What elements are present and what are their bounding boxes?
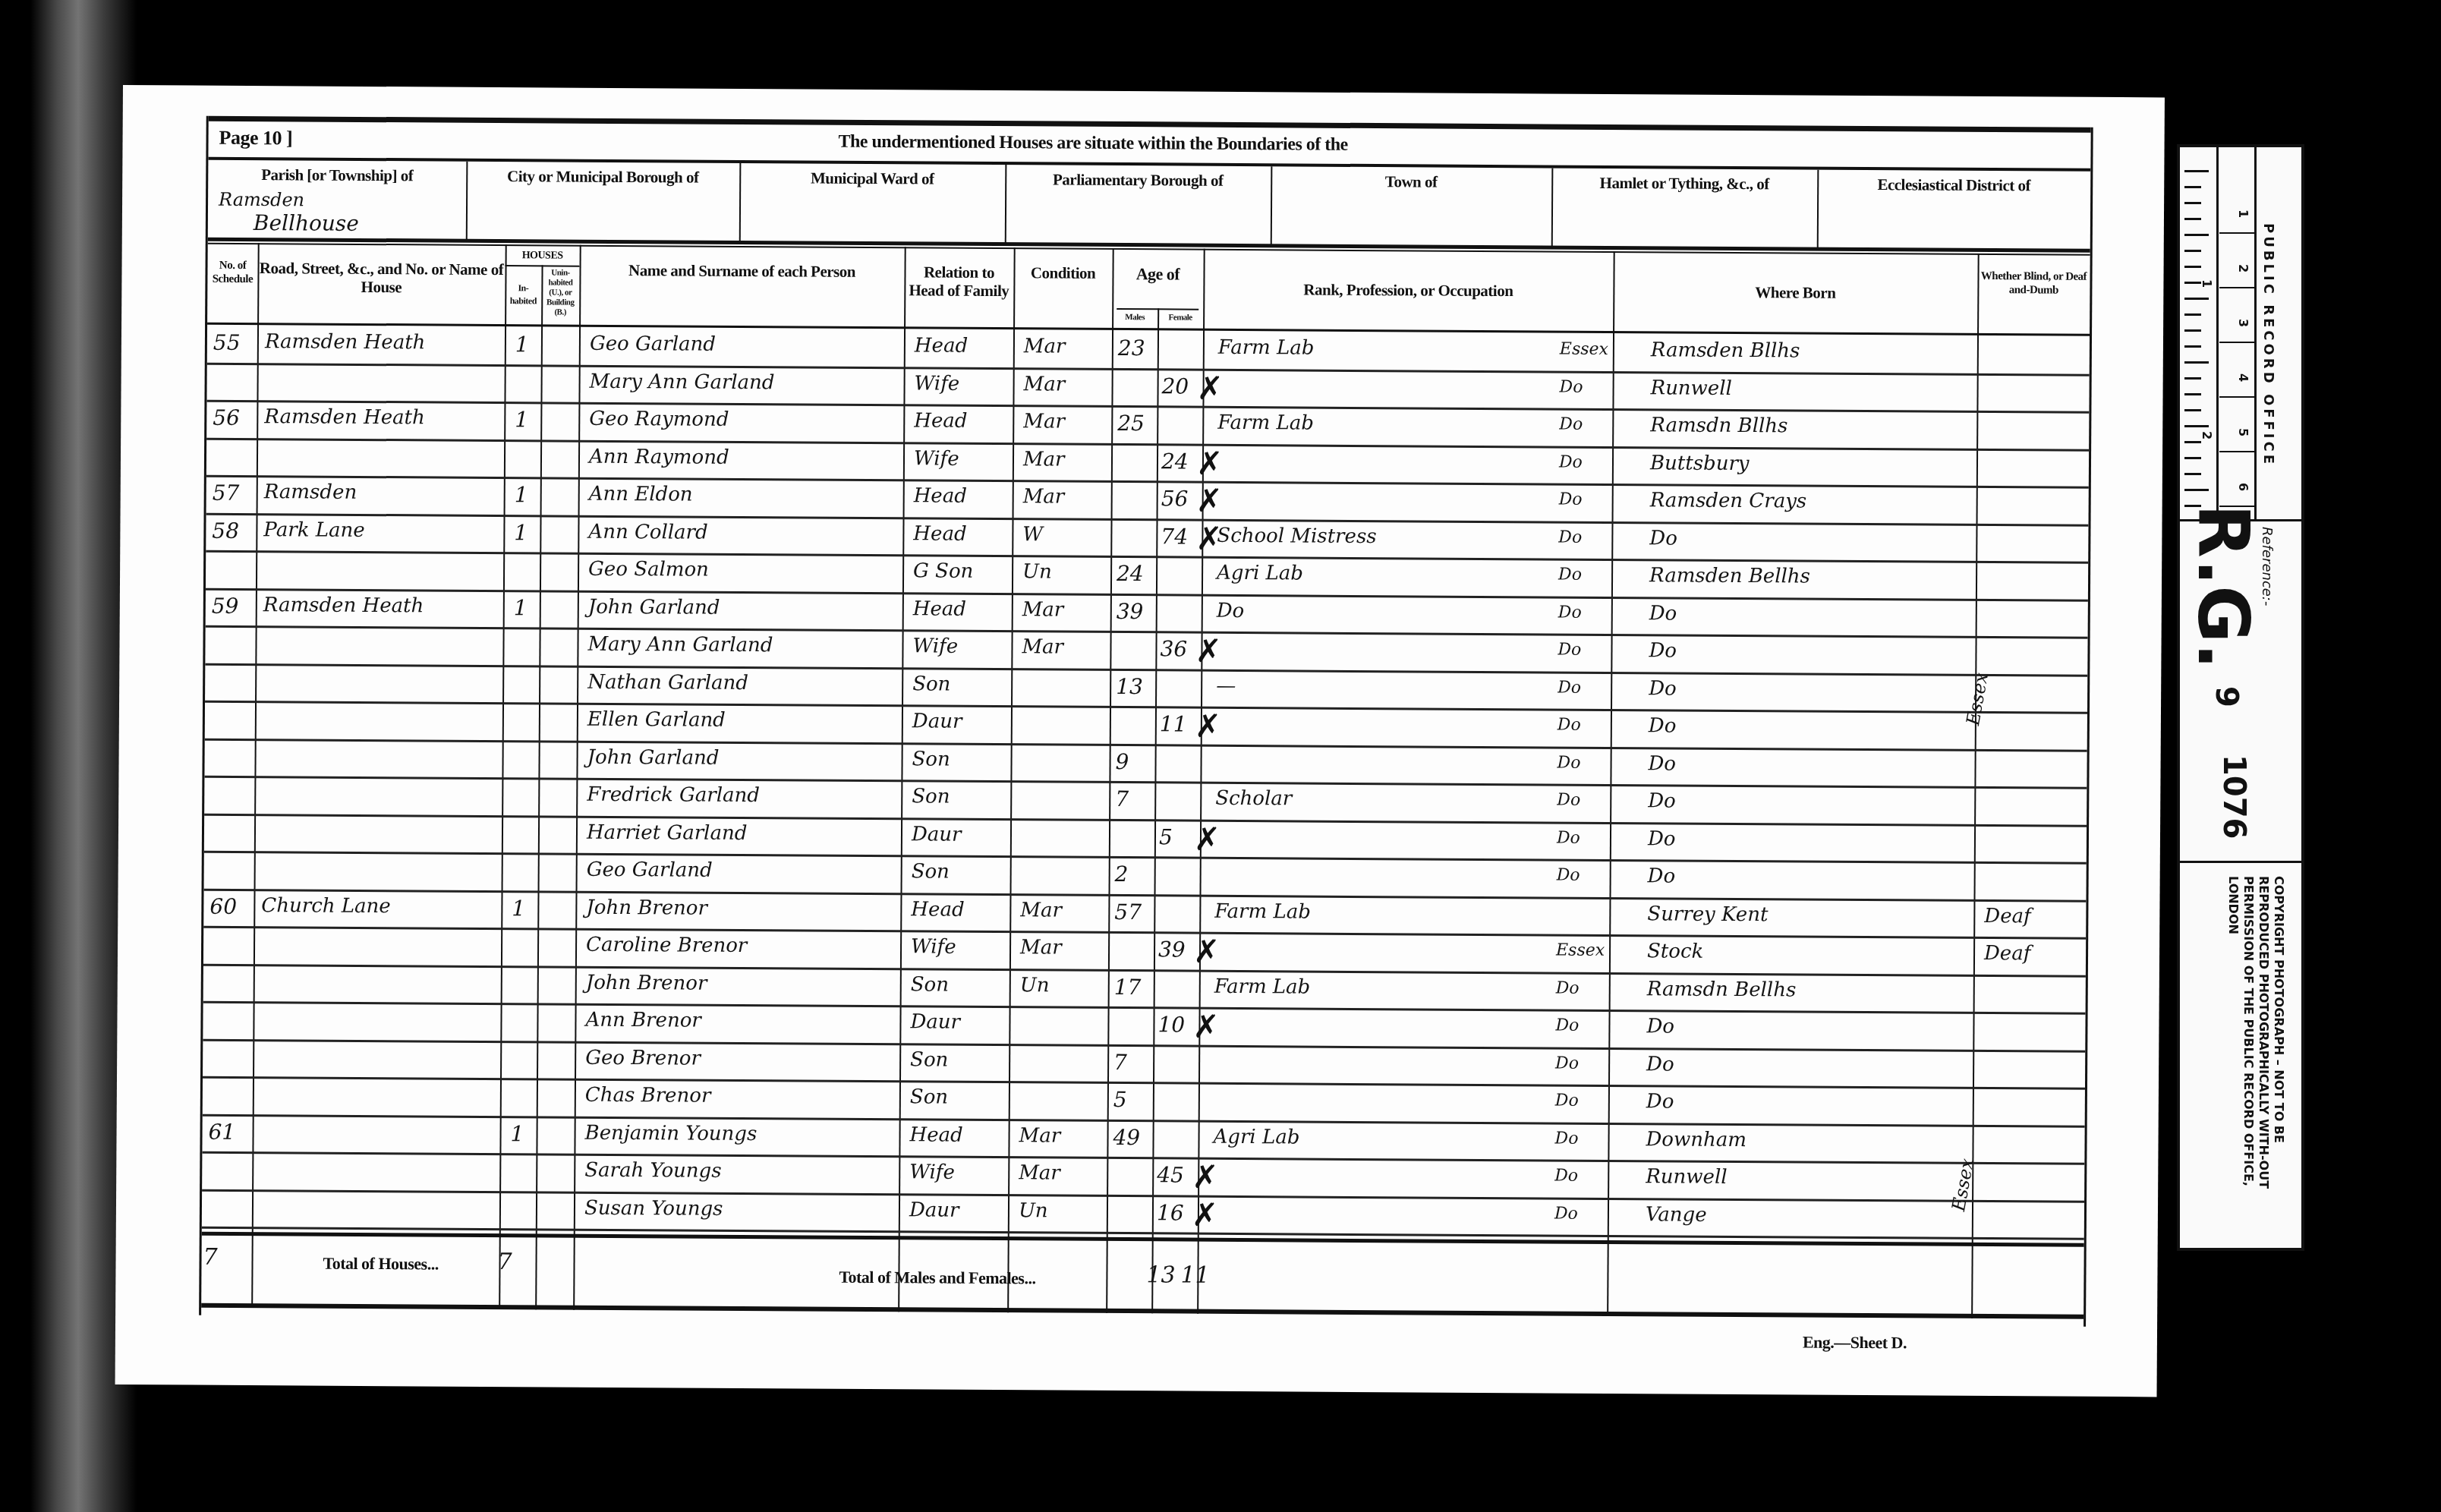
road-name: Ramsden Heath	[263, 594, 424, 617]
infirmity-header: Whether Blind, or Deaf and-Dumb	[1979, 269, 2088, 298]
boundary-divider	[1817, 170, 1819, 249]
person-name: Ann Collard	[588, 520, 707, 543]
female-age: 24	[1161, 449, 1189, 474]
boundary-divider	[739, 163, 742, 242]
ruler-tick	[2184, 313, 2201, 316]
census-form-frame: Page 10 ] The undermentioned Houses are …	[199, 116, 2093, 1327]
condition: Mar	[1022, 598, 1064, 621]
condition: Mar	[1024, 335, 1066, 358]
condition: Un	[1019, 1199, 1048, 1222]
tally-mark-icon: ✗	[1195, 519, 1223, 556]
birth-county: Do	[1558, 678, 1581, 697]
person-name: Chas Brenor	[585, 1084, 711, 1107]
person-name: John Brenor	[586, 971, 707, 994]
age-header: Age of	[1112, 264, 1203, 285]
boundary-divider	[1551, 169, 1554, 247]
inhabited-count: 1	[515, 332, 529, 357]
person-name: Geo Brenor	[585, 1046, 701, 1069]
occupation: Agri Lab	[1217, 562, 1303, 585]
person-name: Nathan Garland	[587, 670, 748, 694]
birthplace: Ramsden Bellhs	[1649, 564, 1810, 587]
ruler-cm-label: 3	[2236, 319, 2250, 327]
ruler-cm-label: 2	[2236, 264, 2250, 272]
relation: Wife	[911, 935, 956, 958]
boundary-label: Parliamentary Borough of	[1008, 171, 1268, 189]
reference-strip: 12345612 PUBLIC RECORD OFFICE R.G. Refer…	[2177, 144, 2304, 1251]
birth-county: Do	[1556, 978, 1580, 997]
ruler-tick	[2184, 409, 2201, 411]
relation: Head	[914, 409, 967, 432]
series-code: R.G.	[2187, 504, 2257, 669]
inhabited-header: In-habited	[505, 282, 541, 307]
condition: Mar	[1020, 936, 1062, 959]
male-age: 5	[1113, 1087, 1127, 1112]
tally-mark-icon: ✗	[1196, 482, 1224, 519]
birth-county: Do	[1558, 641, 1581, 660]
tally-mark-icon: ✗	[1192, 1158, 1219, 1195]
relation: Son	[912, 673, 950, 695]
boundary-label: Hamlet or Tything, &c., of	[1554, 175, 1814, 193]
uninhabited-header: Unin-habited (U.), or Building (B.)	[541, 268, 579, 317]
person-name: John Brenor	[586, 896, 707, 919]
birthplace: Runwell	[1646, 1165, 1728, 1189]
person-name: Caroline Brenor	[586, 934, 747, 957]
condition: Mar	[1023, 448, 1065, 471]
birthplace: Do	[1648, 827, 1676, 850]
tally-mark-icon: ✗	[1196, 444, 1224, 481]
female-age: 39	[1158, 937, 1186, 962]
schedule-number: 58	[212, 518, 239, 543]
total-houses-label: Total of Houses...	[323, 1254, 438, 1274]
relation: G Son	[913, 559, 973, 582]
road-name: Church Lane	[261, 894, 390, 918]
person-name: Geo Garland	[587, 858, 713, 882]
birthplace: Do	[1648, 865, 1676, 887]
tally-mark-icon: ✗	[1195, 707, 1222, 745]
birth-county: Do	[1555, 1054, 1579, 1073]
condition: Mar	[1019, 1124, 1060, 1147]
ruler-tick	[2184, 457, 2201, 459]
birthplace: Do	[1649, 639, 1677, 662]
tally-mark-icon: ✗	[1195, 632, 1222, 669]
birthplace: Surrey Kent	[1647, 902, 1768, 926]
boundary-label: Municipal Ward of	[742, 169, 1002, 187]
occupation: Scholar	[1215, 787, 1292, 811]
females-header: Female	[1158, 313, 1203, 322]
occupation: Farm Lab	[1214, 975, 1311, 998]
person-name: Susan Youngs	[584, 1196, 723, 1220]
female-age: 56	[1161, 486, 1189, 511]
condition-header: Condition	[1015, 263, 1110, 282]
female-age: 20	[1162, 373, 1189, 398]
birthplace: Ramsden Bllhs	[1651, 339, 1800, 362]
birth-county: Do	[1557, 791, 1580, 810]
boundaries-banner: The undermentioned Houses are situate wi…	[838, 132, 1347, 156]
birth-county: Do	[1559, 415, 1583, 434]
ruler-tick	[2184, 234, 2209, 236]
birthplace: Do	[1646, 1053, 1674, 1076]
condition: W	[1022, 523, 1043, 546]
ruler-tick	[2184, 361, 2209, 364]
boundary-label: Town of	[1274, 172, 1548, 191]
relation: Head	[915, 334, 968, 357]
ruler-tick	[2184, 377, 2201, 380]
birth-county: Essex	[1556, 941, 1605, 960]
birth-county: Do	[1558, 528, 1582, 547]
schedule-number: 61	[208, 1119, 235, 1144]
schedule-number: 55	[213, 330, 241, 355]
birth-county: Do	[1558, 565, 1582, 584]
occupation: Agri Lab	[1213, 1125, 1299, 1148]
condition: Mar	[1024, 373, 1066, 395]
male-age: 17	[1114, 974, 1142, 999]
person-name: Geo Salmon	[588, 558, 709, 581]
female-age: 11	[1160, 711, 1187, 736]
relation: Daur	[912, 823, 962, 846]
ruler-inch-label: 1	[2200, 279, 2214, 288]
birthplace: Ramsdn Bellhs	[1647, 978, 1797, 1001]
record-office-title: PUBLIC RECORD OFFICE	[2260, 223, 2276, 467]
birthplace: Do	[1646, 1015, 1674, 1038]
person-name: Mary Ann Garland	[590, 370, 775, 393]
schedule-number: 60	[209, 893, 237, 918]
inhabited-count: 1	[515, 407, 528, 432]
relation: Head	[909, 1123, 962, 1146]
male-age: 13	[1116, 674, 1143, 699]
inhabited-count: 1	[515, 482, 528, 507]
birth-county: Do	[1554, 1129, 1578, 1148]
male-age: 49	[1113, 1124, 1140, 1149]
relation: Son	[910, 1085, 948, 1108]
female-age: 74	[1161, 524, 1188, 549]
total-persons-label: Total of Males and Females...	[839, 1268, 1035, 1289]
ruler-inch-label: 2	[2200, 431, 2214, 439]
ruler-cm-label: 6	[2236, 483, 2250, 491]
road-name: Ramsden Heath	[265, 330, 426, 354]
total-females: 11	[1180, 1262, 1209, 1289]
ruler-tick	[2184, 393, 2201, 395]
relation: Son	[912, 860, 950, 883]
ruler-cm-label: 4	[2236, 373, 2250, 382]
person-name: Fredrick Garland	[587, 783, 760, 807]
birth-county: Do	[1555, 1016, 1579, 1035]
piece-prefix: 9	[2209, 686, 2244, 707]
person-name: John Garland	[588, 595, 720, 619]
birthplace: Do	[1648, 789, 1676, 812]
ruler-cm-label: 1	[2236, 209, 2250, 218]
male-age: 25	[1117, 411, 1145, 436]
inhabited-count: 1	[514, 520, 528, 545]
birth-county: Do	[1558, 603, 1582, 622]
birth-county: Do	[1557, 828, 1580, 847]
ruler-tick	[2184, 202, 2201, 204]
relation: Daur	[909, 1199, 959, 1221]
ruler-tick	[2184, 218, 2201, 220]
ruler-tick	[2184, 473, 2201, 475]
relation: Head	[913, 597, 966, 620]
person-name: Benjamin Youngs	[584, 1121, 757, 1145]
houses-header: HOUSES	[506, 250, 580, 263]
female-age: 5	[1159, 824, 1173, 849]
birth-county: Do	[1555, 1091, 1579, 1110]
condition: Mar	[1023, 410, 1065, 433]
birthplace: Do	[1649, 527, 1677, 550]
person-name: Mary Ann Garland	[587, 633, 773, 657]
birthplace: Buttsbury	[1650, 452, 1750, 475]
total-males: 13	[1146, 1262, 1175, 1288]
occupation: Farm Lab	[1214, 899, 1311, 923]
relation: Wife	[909, 1161, 955, 1183]
birthplace: Downham	[1646, 1128, 1746, 1151]
birth-county: Do	[1559, 452, 1583, 471]
person-name: Ann Brenor	[585, 1009, 701, 1032]
birth-county: Do	[1558, 716, 1581, 735]
birth-county: Do	[1557, 866, 1580, 885]
condition: Mar	[1022, 635, 1063, 658]
birth-county: Essex	[1560, 340, 1608, 359]
relation: Wife	[915, 372, 960, 395]
boundary-label: City or Municipal Borough of	[469, 168, 736, 186]
ruler-tick	[2184, 345, 2201, 348]
condition: Mar	[1020, 899, 1062, 921]
boundary-divider	[1005, 165, 1007, 244]
inhabited-count: 1	[510, 1121, 524, 1146]
relation: Son	[910, 1048, 948, 1071]
occupation: Do	[1217, 599, 1245, 622]
relation: Head	[913, 522, 966, 545]
relation-header: Relation to Head of Family	[906, 263, 1012, 300]
occupation: Farm Lab	[1218, 336, 1315, 360]
birthplace: Do	[1646, 1090, 1674, 1113]
occupation: Farm Lab	[1217, 411, 1314, 435]
tally-mark-icon: ✗	[1196, 369, 1224, 406]
piece-number: 1076	[2216, 754, 2251, 839]
schedule-number: 59	[212, 593, 239, 618]
tally-mark-icon: ✗	[1192, 1008, 1220, 1045]
males-header: Males	[1112, 313, 1158, 322]
condition: Un	[1022, 560, 1052, 583]
condition: Mar	[1023, 485, 1065, 508]
ruler: 12345612	[2180, 147, 2301, 521]
ruler-tick	[2184, 186, 2201, 188]
relation: Head	[914, 484, 967, 507]
relation: Daur	[912, 710, 962, 732]
road-name: Ramsden	[264, 480, 357, 504]
female-age: 16	[1157, 1200, 1184, 1225]
name-header: Name and Surname of each Person	[581, 261, 902, 282]
male-age: 9	[1115, 749, 1129, 774]
schedule-number: 57	[213, 480, 240, 506]
ruler-tick	[2184, 282, 2201, 284]
road-header: Road, Street, &c., and No. or Name of Ho…	[259, 259, 503, 297]
relation: Son	[912, 748, 950, 770]
occupation: School Mistress	[1217, 524, 1376, 547]
birth-county: Do	[1560, 377, 1583, 396]
relation: Son	[912, 785, 950, 808]
female-age: 10	[1158, 1012, 1185, 1037]
ruler-tick	[2184, 425, 2209, 427]
male-age: 7	[1115, 786, 1129, 811]
person-name: Harriet Garland	[587, 821, 748, 844]
ruler-tick	[2184, 298, 2209, 300]
boundary-divider	[1271, 166, 1273, 245]
birthplace: Stock	[1647, 940, 1703, 962]
ruler-cm-label: 5	[2236, 428, 2250, 436]
census-sheet: Page 10 ] The undermentioned Houses are …	[115, 85, 2165, 1397]
person-name: Geo Garland	[590, 332, 716, 356]
birthplace: Do	[1649, 677, 1677, 700]
male-age: 23	[1118, 335, 1145, 361]
person-name: John Garland	[587, 745, 720, 769]
inhabited-count: 1	[514, 595, 528, 620]
ruler-tick	[2184, 266, 2201, 268]
person-name: Ann Raymond	[589, 445, 729, 468]
relation: Head	[911, 898, 964, 921]
birth-county: Do	[1554, 1167, 1578, 1186]
male-age: 2	[1115, 862, 1129, 887]
birthplace: Runwell	[1651, 376, 1733, 400]
page-label: Page 10 ]	[219, 127, 292, 150]
schedule-header: No. of Schedule	[209, 259, 256, 286]
occupation: —	[1216, 674, 1236, 697]
condition: Mar	[1019, 1161, 1060, 1184]
occupation-header: Rank, Profession, or Occupation	[1205, 280, 1611, 301]
person-name: Geo Raymond	[589, 408, 729, 431]
total-schedules-mark: 7	[203, 1244, 217, 1271]
tally-mark-icon: ✗	[1193, 933, 1220, 970]
birthplace: Ramsden Crays	[1650, 489, 1807, 512]
person-name: Ann Eldon	[589, 483, 693, 506]
schedule-number: 56	[213, 405, 240, 430]
female-age: 45	[1157, 1162, 1184, 1187]
sheet-footer: Eng.—Sheet D.	[1803, 1333, 1907, 1353]
tally-mark-icon: ✗	[1192, 1195, 1219, 1233]
where-born-header: Where Born	[1614, 282, 1976, 303]
relation: Wife	[912, 635, 958, 657]
inhabited-count: 1	[512, 896, 525, 921]
birthplace: Do	[1648, 752, 1676, 775]
parish-value-line2: Bellhouse	[254, 210, 359, 236]
male-age: 24	[1117, 561, 1144, 586]
reference-label: Reference:-	[2259, 527, 2275, 606]
infirmity: Deaf	[1984, 942, 2031, 965]
condition: Un	[1020, 974, 1050, 997]
male-age: 7	[1113, 1049, 1127, 1074]
road-name: Park Lane	[263, 518, 364, 542]
tally-mark-icon: ✗	[1194, 820, 1221, 857]
ruler-tick	[2184, 329, 2201, 332]
road-name: Ramsden Heath	[264, 405, 425, 429]
relation: Daur	[910, 1010, 960, 1033]
birth-county: Do	[1558, 753, 1581, 772]
total-houses-value: 7	[497, 1249, 512, 1275]
relation: Son	[911, 973, 949, 996]
person-name: Sarah Youngs	[584, 1159, 721, 1183]
copyright-notice: COPYRIGHT PHOTOGRAPH – NOT TO BE REPRODU…	[2195, 876, 2286, 1233]
ruler-tick	[2184, 170, 2209, 172]
boundary-label: Parish [or Township] of	[211, 166, 463, 184]
female-age: 36	[1160, 636, 1187, 661]
ruler-tick	[2184, 441, 2201, 443]
birth-county: Do	[1559, 490, 1583, 509]
birthplace: Do	[1649, 714, 1677, 737]
relation: Wife	[914, 447, 959, 470]
ruler-tick	[2184, 250, 2201, 252]
infirmity: Deaf	[1984, 905, 2031, 928]
parish-value-line1: Ramsden	[219, 189, 304, 211]
male-age: 39	[1117, 599, 1144, 624]
boundary-divider	[466, 162, 468, 241]
boundary-label: Ecclesiastical District of	[1820, 176, 2087, 194]
birth-county: Do	[1554, 1204, 1578, 1223]
birthplace: Do	[1649, 602, 1677, 625]
male-age: 57	[1114, 899, 1142, 925]
birthplace: Ramsdn Bllhs	[1650, 414, 1787, 437]
birthplace: Vange	[1646, 1203, 1707, 1226]
ruler-tick	[2184, 489, 2209, 491]
person-name: Ellen Garland	[587, 708, 726, 732]
